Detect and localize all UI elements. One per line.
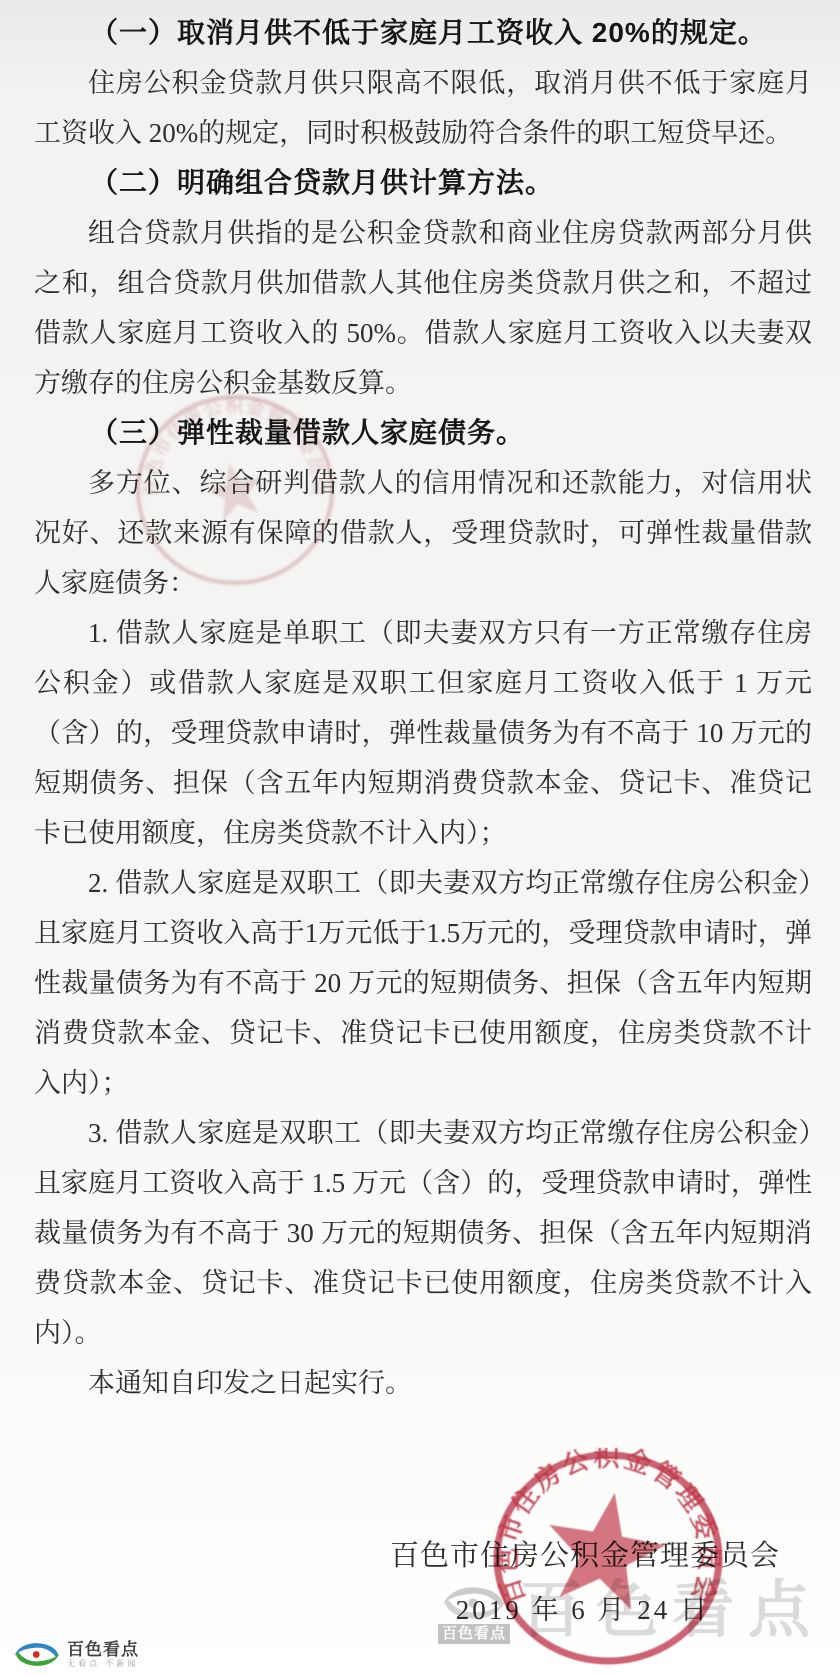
section-heading-2: （二）明确组合贷款月供计算方法。 [34,158,812,208]
footer-brand-text: 百色看点 无看点 不新闻 [67,1641,139,1668]
footer-brand-name: 百色看点 [67,1641,139,1659]
notice-body: （一）取消月供不低于家庭月工资收入 20%的规定。 住房公积金贷款月供只限高不限… [0,0,840,1408]
section-heading-3: （三）弹性裁量借款人家庭债务。 [34,408,812,458]
list-item-3: 3. 借款人家庭是双职工（即夫妻双方均正常缴存住房公积金）且家庭月工资收入高于 … [34,1108,812,1358]
paragraph-3: 多方位、综合研判借款人的信用情况和还款能力，对信用状况好、还款来源有保障的借款人… [34,458,812,608]
brand-swirl-icon [13,1641,61,1668]
footer-brand-logo: 百色看点 无看点 不新闻 [13,1641,139,1668]
list-item-2: 2. 借款人家庭是双职工（即夫妻双方均正常缴存住房公积金）且家庭月工资收入高于1… [34,858,812,1108]
section-heading-1: （一）取消月供不低于家庭月工资收入 20%的规定。 [34,8,812,58]
paragraph-1: 住房公积金贷款月供只限高不限低，取消月供不低于家庭月工资收入 20%的规定，同时… [34,58,812,158]
footer-brand-tagline: 无看点 不新闻 [67,1659,139,1668]
seal-star-icon [549,1493,665,1610]
document-page: 百色市住房公积金管理委员会 ★ （一）取消月供不低于家庭月工资收入 20%的规定… [0,0,840,1676]
list-item-1: 1. 借款人家庭是单职工（即夫妻双方只有一方正常缴存住房公积金）或借款人家庭是双… [34,608,812,858]
closing-line: 本通知自印发之日起实行。 [34,1358,812,1408]
paragraph-2: 组合贷款月供指的是公积金贷款和商业住房贷款两部分月供之和，组合贷款月供加借款人其… [34,208,812,408]
official-seal: 百色市住房公积金管理委员会 [490,1448,726,1668]
